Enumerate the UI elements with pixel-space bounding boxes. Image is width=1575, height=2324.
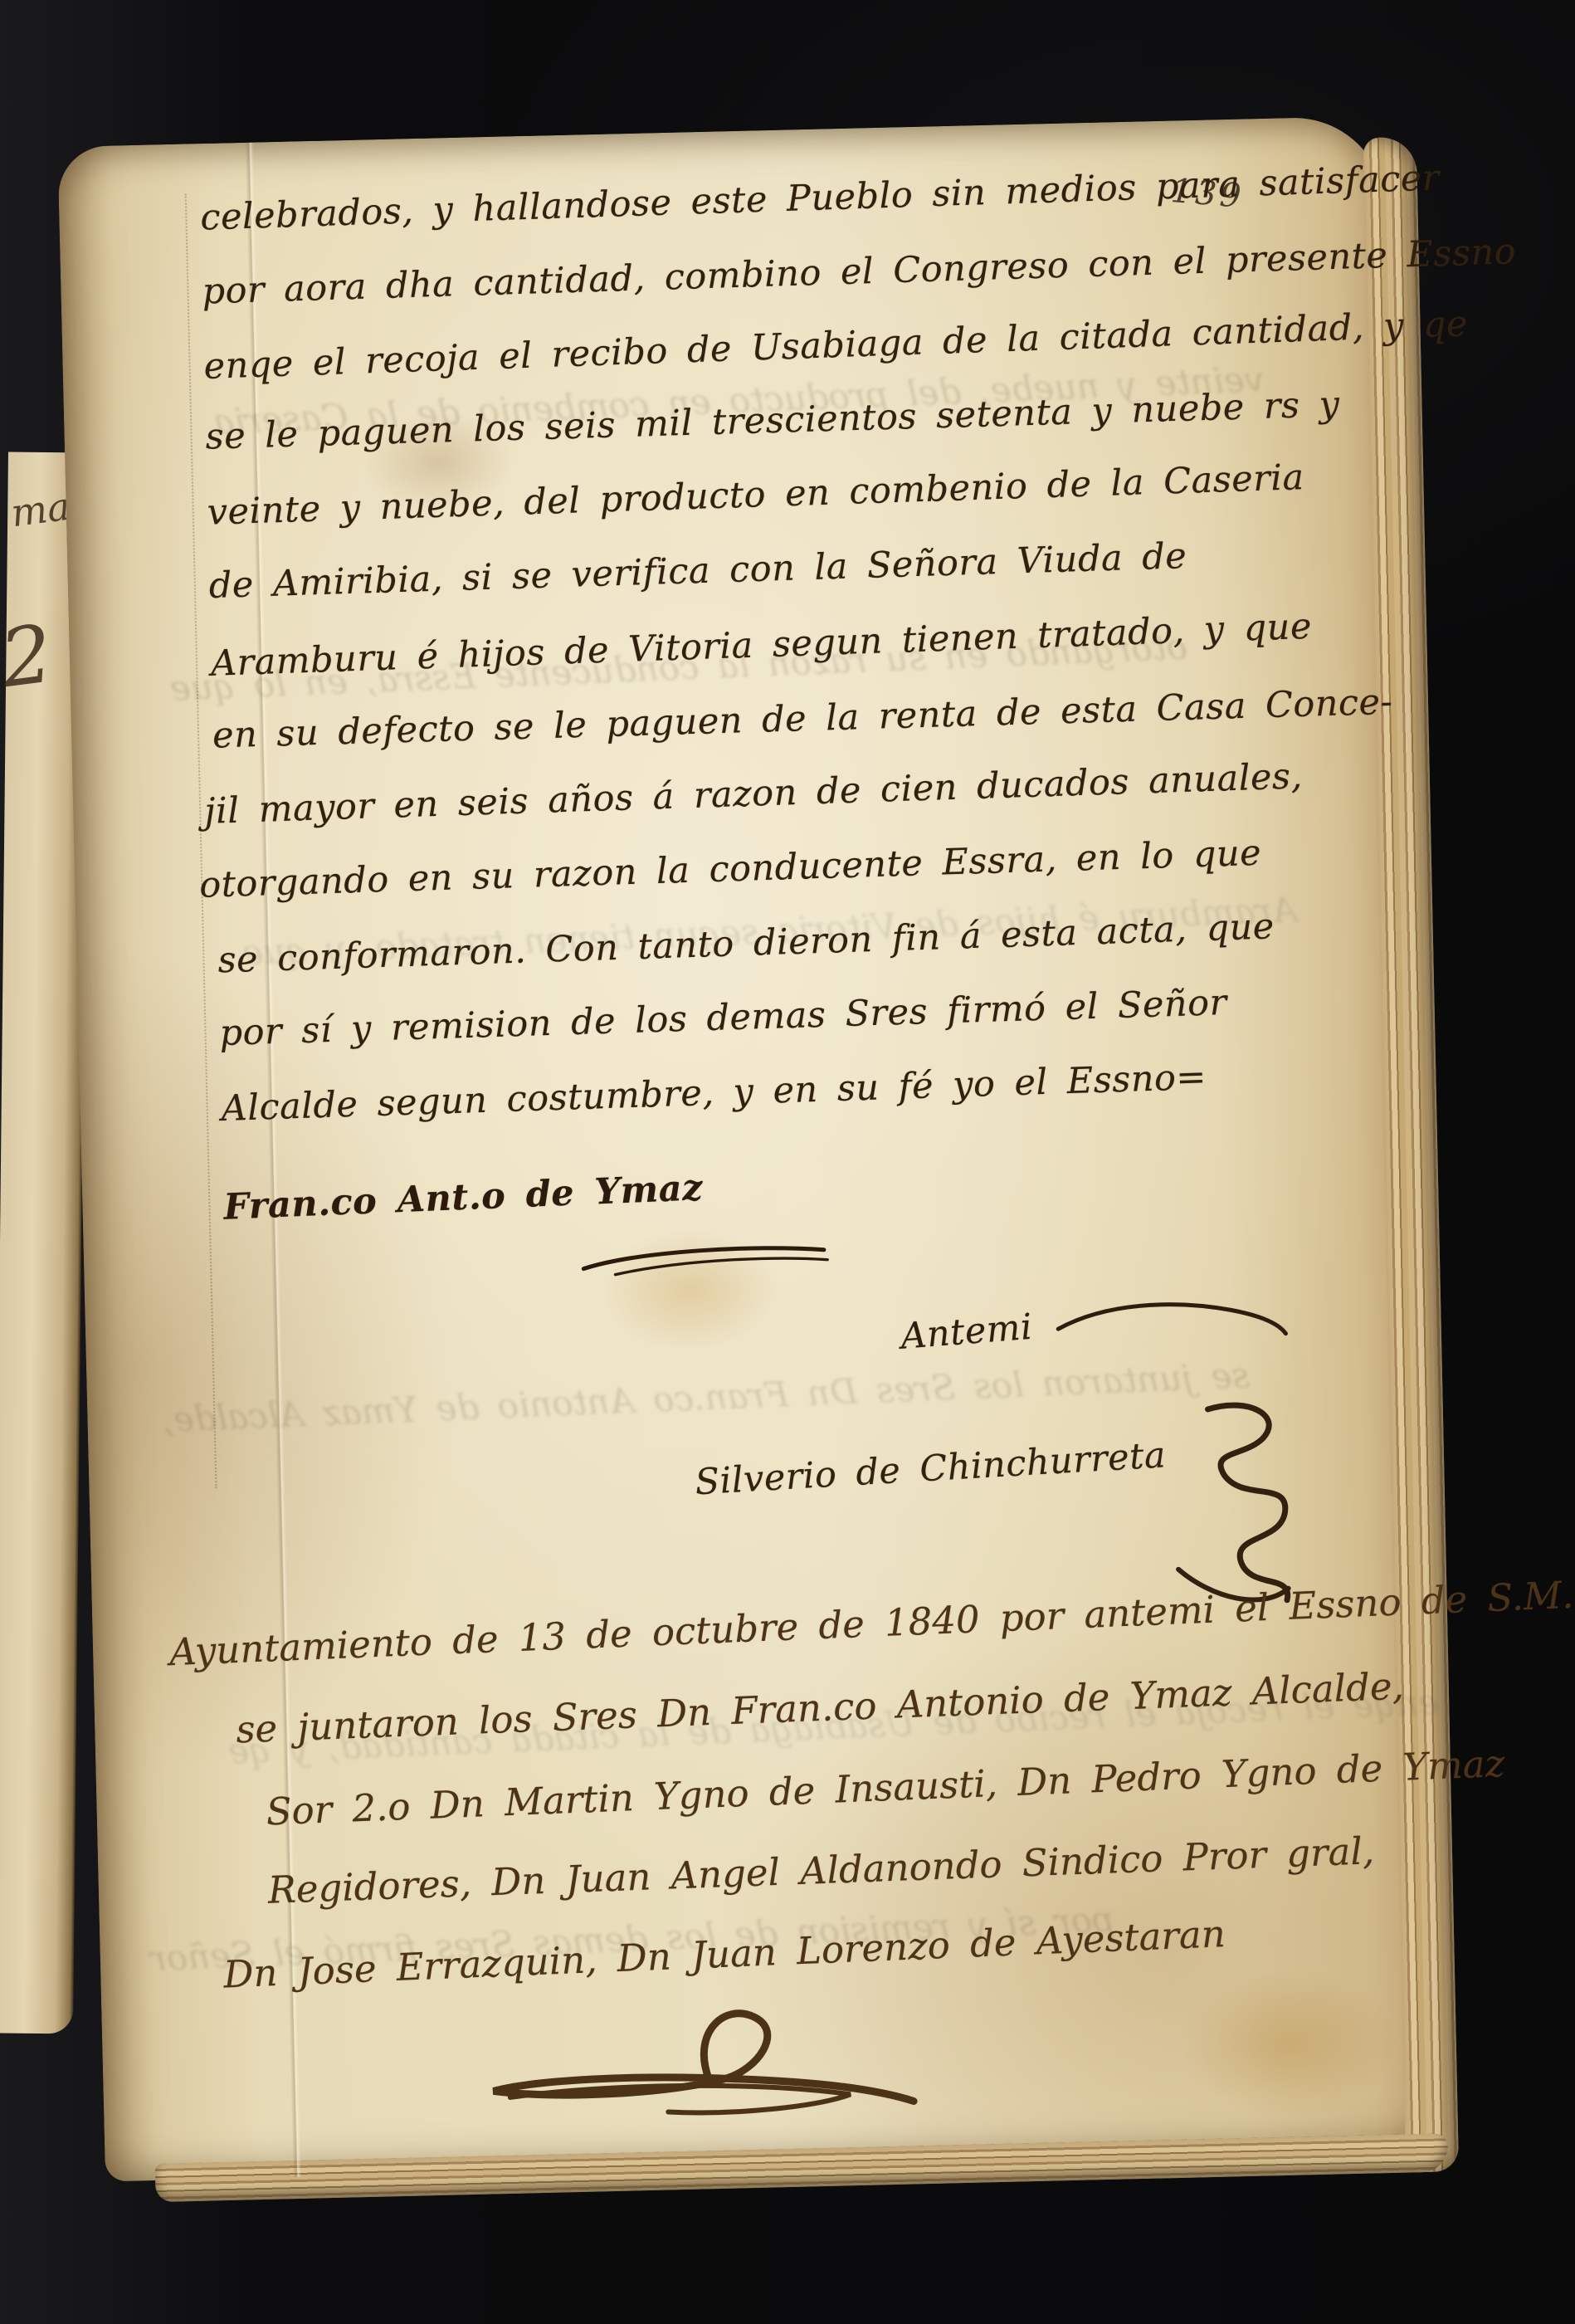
facing-page-ink-mark: ma (8, 484, 72, 536)
closing-rubric (458, 1994, 926, 2155)
manuscript-page: veinte y nuebe, del producto en combenio… (57, 116, 1431, 2182)
archival-photograph: { "page_number": "139", "edge_marks": { … (0, 0, 1575, 2324)
session-text-block: Ayuntamiento de 13 de octubre de 1840 po… (198, 117, 1391, 2179)
manuscript-line: Ayuntamiento de 13 de octubre de 1840 po… (168, 1573, 1574, 1674)
manuscript-line: Regidores, Dn Juan Angel Aldanondo Sindi… (267, 1828, 1375, 1912)
manuscript-line: Sor 2.o Dn Martin Ygno de Insausti, Dn P… (266, 1741, 1506, 1834)
facing-page-ink-mark: 2 (0, 607, 57, 705)
manuscript-line: Dn Jose Errazquin, Dn Juan Lorenzo de Ay… (222, 1911, 1226, 1996)
manuscript-line: se juntaron los Sres Dn Fran.co Antonio … (235, 1664, 1404, 1752)
